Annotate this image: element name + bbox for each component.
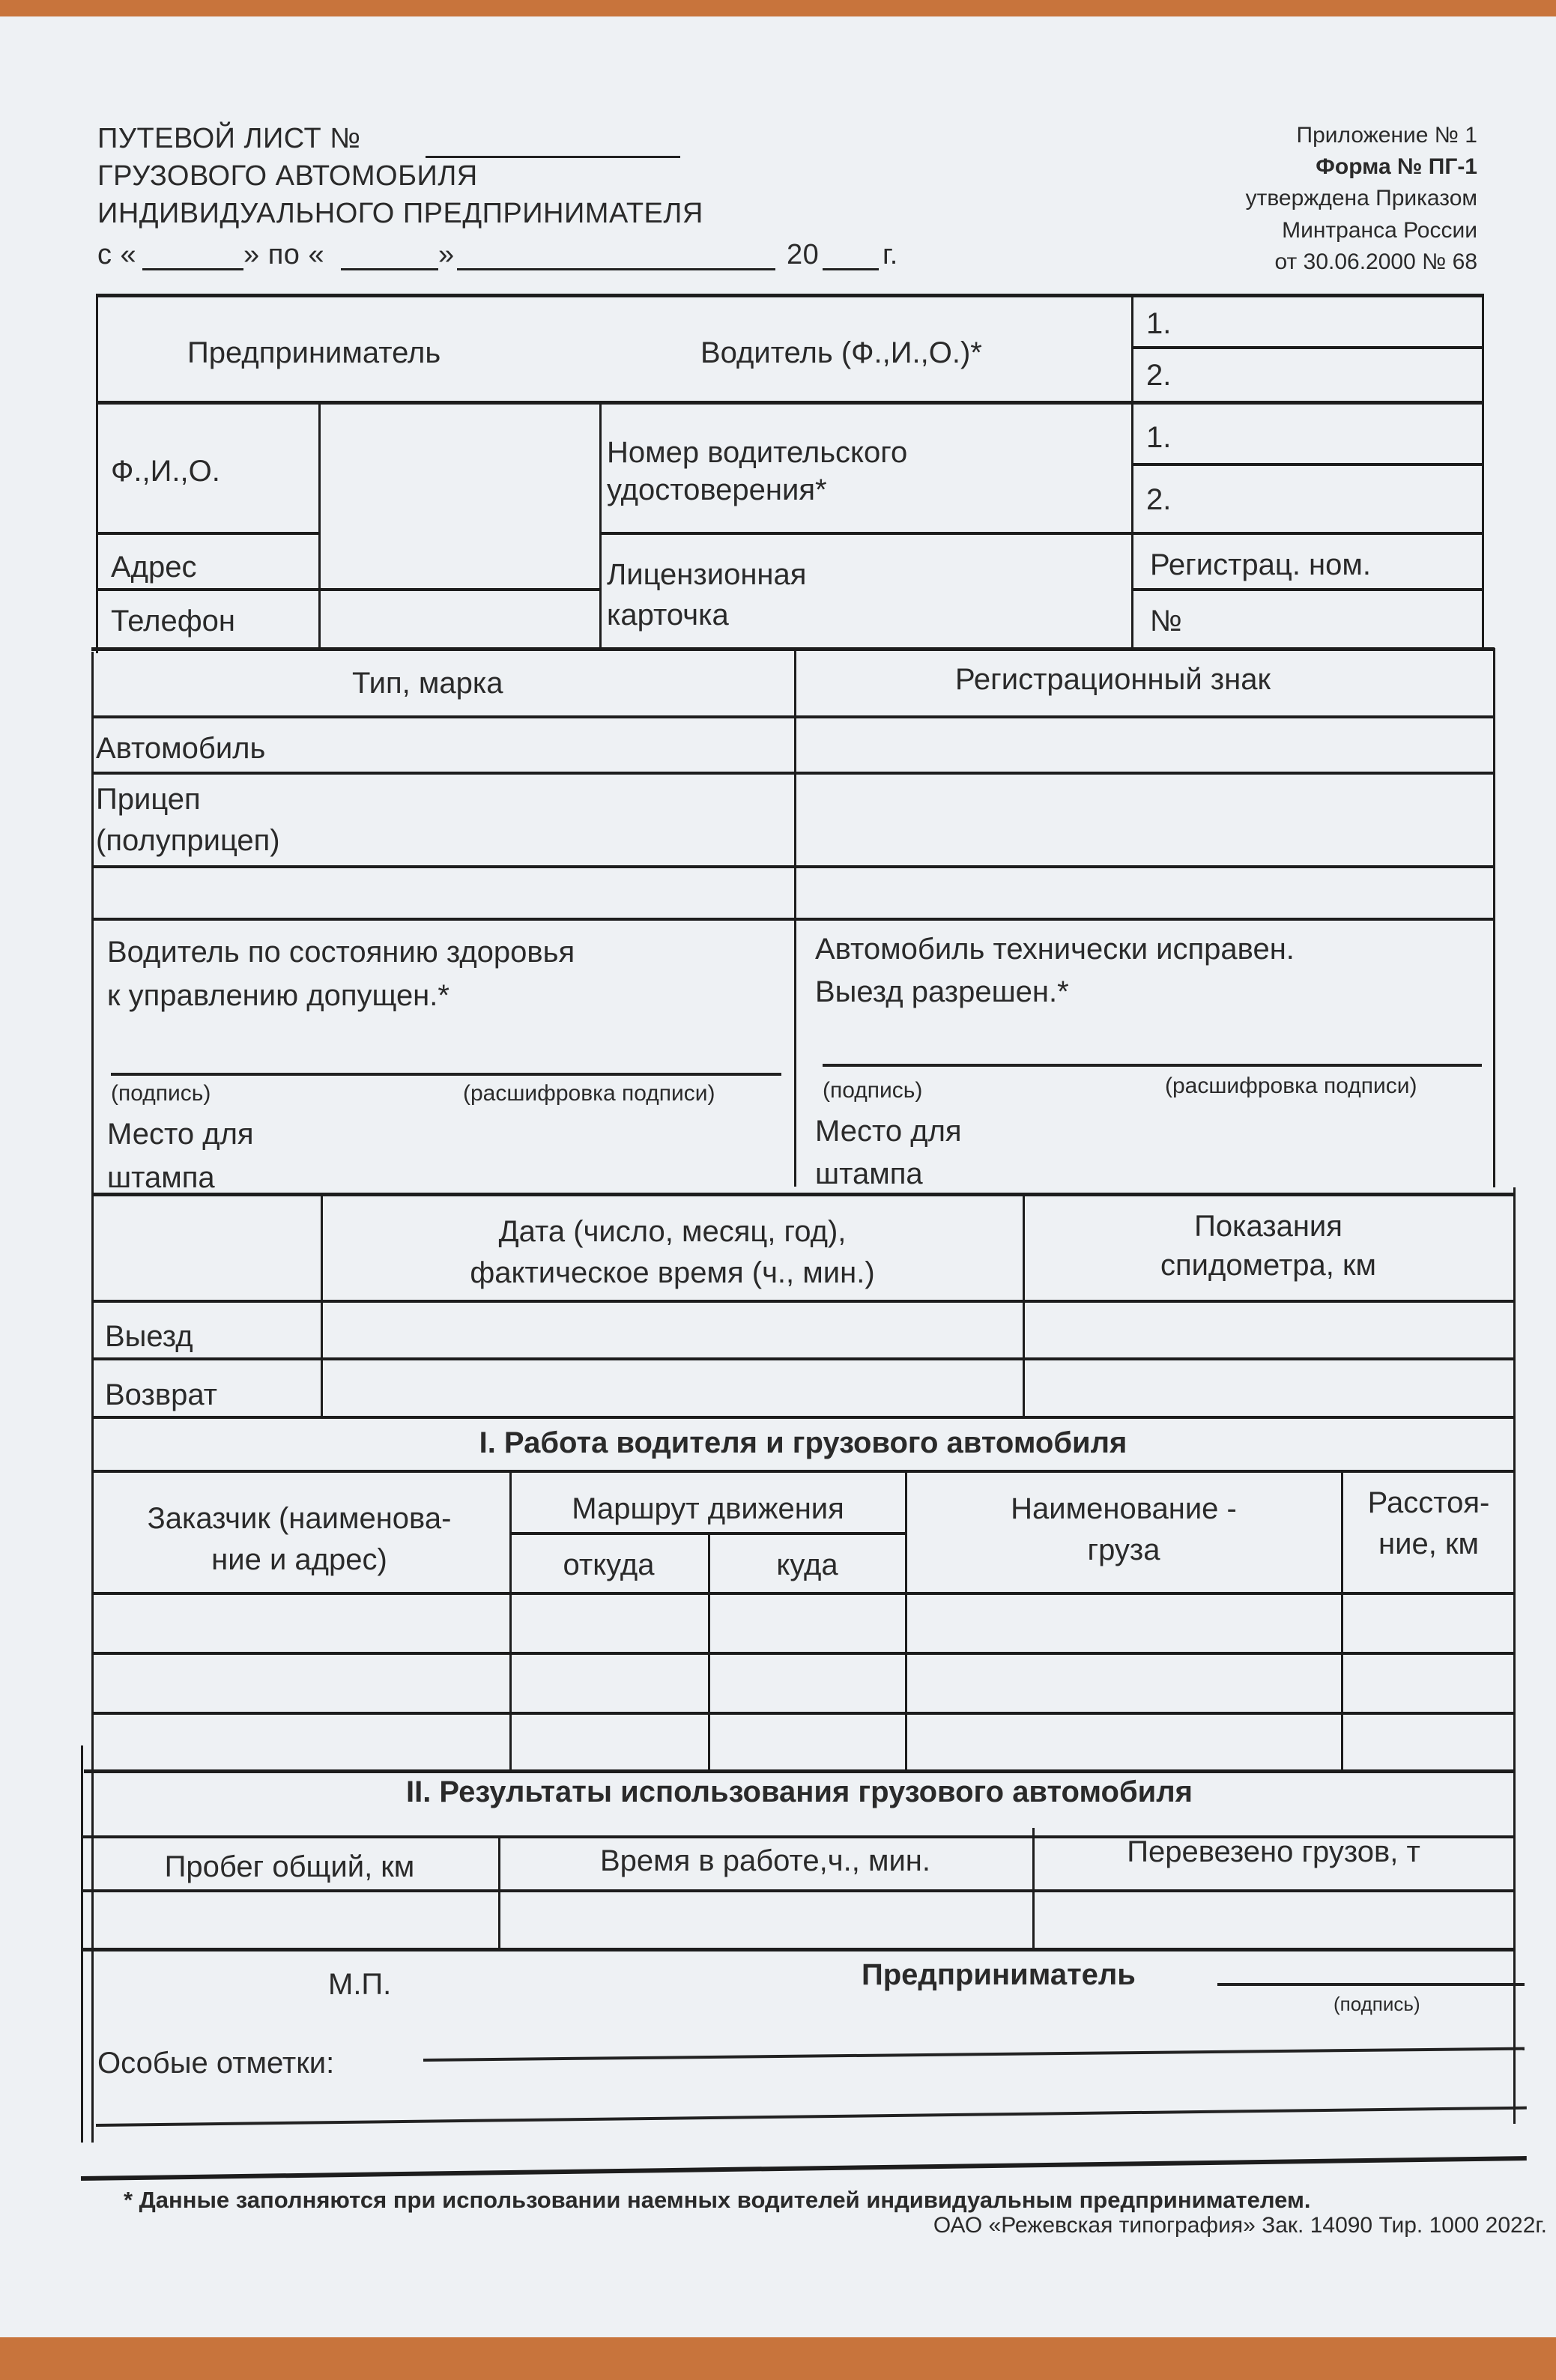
- driver-1-field[interactable]: [1184, 300, 1476, 345]
- trip-row-3-distance-field[interactable]: [1345, 1716, 1511, 1769]
- cargo-header-1: Наименование -: [906, 1491, 1341, 1527]
- section-2-title: II. Результаты использования грузового а…: [84, 1774, 1515, 1810]
- health-check-text-1: Водитель по состоянию здоровья: [107, 934, 575, 970]
- customer-header-2: ние и адрес): [91, 1542, 507, 1578]
- phone-label: Телефон: [111, 603, 235, 639]
- return-datetime-field[interactable]: [324, 1363, 1020, 1414]
- table-surface: [0, 2337, 1556, 2380]
- medic-stamp-label-1: Место для: [107, 1116, 254, 1152]
- license-2-label: 2.: [1146, 482, 1171, 518]
- odometer-header-1: Показания: [1025, 1208, 1512, 1244]
- type-brand-header: Тип, марка: [352, 665, 503, 701]
- stamp-place-label: М.П.: [328, 1966, 391, 2002]
- year-field[interactable]: [823, 268, 879, 270]
- route-header: Маршрут движения: [509, 1491, 906, 1527]
- fio-label: Ф.,И.,О.: [111, 453, 220, 489]
- license-label-2: удостоверения*: [607, 472, 827, 508]
- extra-type-field[interactable]: [96, 870, 790, 915]
- extra-plate-field[interactable]: [799, 870, 1488, 915]
- section-1-title: I. Работа водителя и грузового автомобил…: [91, 1425, 1515, 1461]
- period-month-field[interactable]: [457, 268, 775, 270]
- period-from-label: с «: [97, 238, 136, 273]
- trip-row-2-route-to-field[interactable]: [712, 1656, 903, 1710]
- departure-odometer-field[interactable]: [1026, 1305, 1510, 1356]
- mechanic-signature-caption: (подпись): [823, 1077, 922, 1104]
- trip-row-2-customer-field[interactable]: [94, 1656, 506, 1710]
- trailer-type-field[interactable]: [322, 777, 790, 863]
- phone-field[interactable]: [322, 592, 596, 648]
- customer-header-1: Заказчик (наименова-: [91, 1501, 507, 1536]
- license-1-label: 1.: [1146, 420, 1171, 455]
- route-to-header: куда: [708, 1547, 906, 1583]
- form-code: Форма № ПГ-1: [1316, 154, 1477, 181]
- reg-number-label: Регистрац. ном.: [1150, 547, 1371, 583]
- driver-fio-header: Водитель (Ф.,И.,О.)*: [700, 335, 982, 371]
- approval-line: утверждена Приказом: [1246, 185, 1477, 212]
- driver-2-field[interactable]: [1184, 352, 1476, 397]
- cargo-transported-header: Перевезено грузов, т: [1032, 1834, 1515, 1870]
- route-from-header: откуда: [509, 1547, 708, 1583]
- license-2-field[interactable]: [1184, 468, 1476, 530]
- address-label: Адрес: [111, 549, 197, 585]
- period-mid-label: » по «: [243, 238, 324, 273]
- health-check-text-2: к управлению допущен.*: [107, 978, 449, 1014]
- medic-signature-caption: (подпись): [111, 1080, 211, 1107]
- cargo-transported-field[interactable]: [1036, 1895, 1512, 1946]
- form-subtitle-1: ГРУЗОВОГО АВТОМОБИЛЯ: [97, 160, 478, 194]
- mechanic-signature-line[interactable]: [823, 1064, 1482, 1067]
- distance-header-1: Расстоя-: [1342, 1485, 1515, 1521]
- medic-signature-line[interactable]: [111, 1073, 781, 1076]
- entrepreneur-fio-address-field[interactable]: [322, 405, 596, 588]
- card-number-field[interactable]: [1191, 592, 1480, 648]
- year-prefix: 20: [787, 238, 819, 273]
- cargo-header-2: груза: [906, 1532, 1341, 1568]
- trip-row-1-cargo-name-field[interactable]: [909, 1596, 1339, 1650]
- driver-2-label: 2.: [1146, 357, 1171, 393]
- trip-row-2-cargo-name-field[interactable]: [909, 1656, 1339, 1710]
- reg-plate-header: Регистрационный знак: [955, 661, 1271, 697]
- entrepreneur-sign-label: Предприниматель: [862, 1957, 1136, 1993]
- entrepreneur-signature-caption: (подпись): [1334, 1993, 1420, 2016]
- form-subtitle-2: ИНДИВИДУАЛЬНОГО ПРЕДПРИНИМАТЕЛЯ: [97, 197, 703, 231]
- tech-check-text-2: Выезд разрешен.*: [815, 974, 1069, 1010]
- trailer-plate-field[interactable]: [799, 777, 1488, 863]
- odometer-header-2: спидометра, км: [1025, 1247, 1512, 1283]
- entrepreneur-header: Предприниматель: [187, 335, 441, 371]
- work-time-header: Время в работе,ч., мин.: [498, 1843, 1032, 1879]
- work-time-field[interactable]: [502, 1895, 1030, 1946]
- year-suffix: г.: [883, 238, 898, 273]
- departure-datetime-field[interactable]: [324, 1305, 1020, 1356]
- trip-row-3-route-to-field[interactable]: [712, 1716, 903, 1769]
- card-number-label: №: [1150, 603, 1182, 639]
- car-plate-field[interactable]: [799, 721, 1488, 769]
- car-label: Автомобиль: [96, 730, 265, 766]
- trip-row-1-distance-field[interactable]: [1345, 1596, 1511, 1650]
- mechanic-stamp-label-1: Место для: [815, 1113, 962, 1149]
- date-time-header-1: Дата (число, месяц, год),: [322, 1214, 1023, 1250]
- trip-row-1-customer-field[interactable]: [94, 1596, 506, 1650]
- license-card-label-2: карточка: [607, 597, 729, 633]
- return-odometer-field[interactable]: [1026, 1363, 1510, 1414]
- period-from-day-field[interactable]: [142, 268, 243, 270]
- waybill-number-field[interactable]: [426, 156, 680, 158]
- date-time-header-2: фактическое время (ч., мин.): [322, 1255, 1023, 1291]
- trip-row-3-customer-field[interactable]: [94, 1716, 506, 1769]
- trip-row-2-route-from-field[interactable]: [513, 1656, 706, 1710]
- license-card-label-1: Лицензионная: [607, 557, 806, 593]
- trip-row-1-route-from-field[interactable]: [513, 1596, 706, 1650]
- license-label-1: Номер водительского: [607, 434, 907, 470]
- trip-row-3-cargo-name-field[interactable]: [909, 1716, 1339, 1769]
- mechanic-stamp-label-2: штампа: [815, 1156, 923, 1192]
- trailer-label-2: (полуприцеп): [96, 823, 280, 859]
- footnote: * Данные заполняются при использовании н…: [124, 2186, 1311, 2214]
- appendix-label: Приложение № 1: [1297, 122, 1478, 149]
- printer-imprint: ОАО «Режевская типография» Зак. 14090 Ти…: [933, 2212, 1547, 2239]
- trip-row-1-route-to-field[interactable]: [712, 1596, 903, 1650]
- entrepreneur-signature-line[interactable]: [1217, 1983, 1525, 1986]
- mileage-field[interactable]: [84, 1895, 496, 1946]
- ministry-line: Минтранса России: [1282, 217, 1477, 244]
- license-1-field[interactable]: [1184, 406, 1476, 460]
- mechanic-decode-caption: (расшифровка подписи): [1165, 1073, 1417, 1100]
- tech-check-text-1: Автомобиль технически исправен.: [815, 931, 1295, 967]
- departure-label: Выезд: [105, 1318, 193, 1354]
- order-date-line: от 30.06.2000 № 68: [1275, 249, 1477, 276]
- form-title: ПУТЕВОЙ ЛИСТ №: [97, 122, 361, 157]
- trip-row-3-route-from-field[interactable]: [513, 1716, 706, 1769]
- period-close-label: »: [438, 238, 455, 273]
- distance-header-2: ние, км: [1342, 1526, 1515, 1562]
- trailer-label-1: Прицеп: [96, 781, 201, 817]
- medic-stamp-label-2: штампа: [107, 1160, 215, 1196]
- trip-row-2-distance-field[interactable]: [1345, 1656, 1511, 1710]
- return-label: Возврат: [105, 1377, 217, 1413]
- mileage-header: Пробег общий, км: [81, 1849, 498, 1885]
- period-to-day-field[interactable]: [341, 268, 438, 270]
- special-notes-label: Особые отметки:: [97, 2045, 334, 2081]
- medic-decode-caption: (расшифровка подписи): [463, 1080, 715, 1107]
- car-type-field[interactable]: [300, 721, 790, 769]
- driver-1-label: 1.: [1146, 306, 1171, 342]
